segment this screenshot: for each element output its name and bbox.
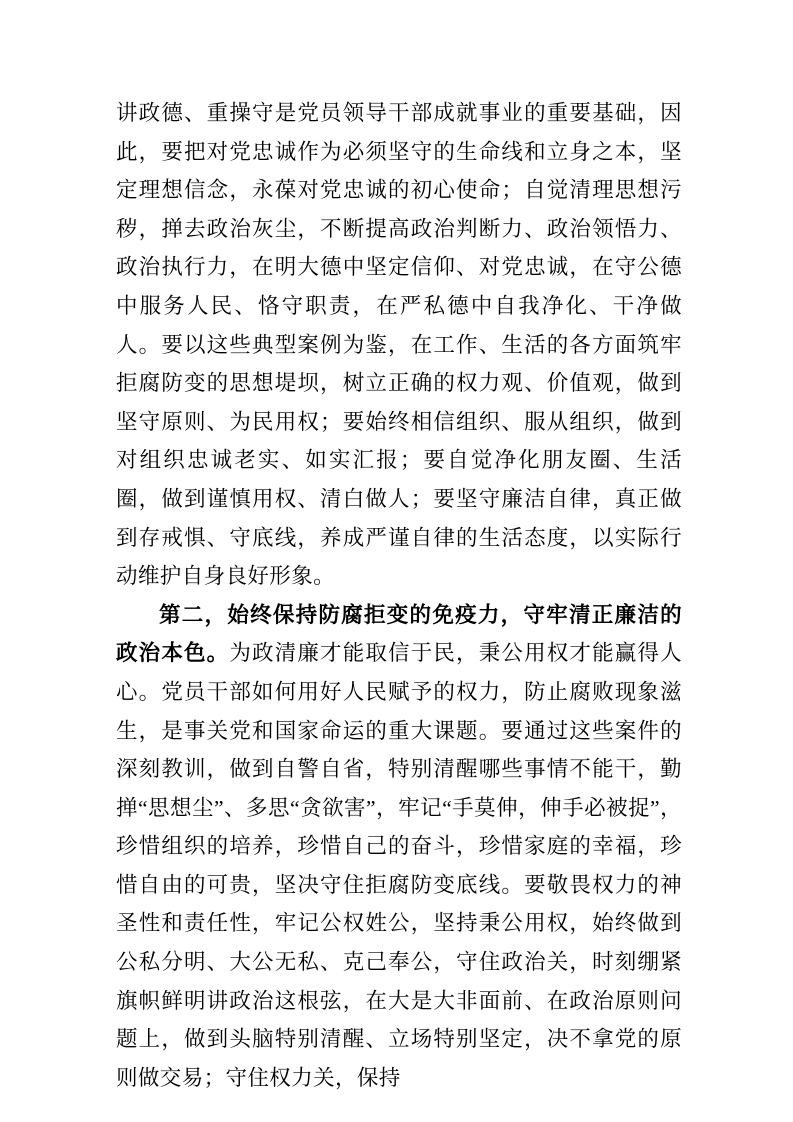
body-text-run: 为政清廉才能取信于民，秉公用权才能赢得人心。党员干部如何用好人民赋予的权力，防止…	[116, 641, 682, 1090]
paragraph-continuation: 讲政德、重操守是党员领导干部成就事业的重要基础，因此，要把对党忠诚作为必须坚守的…	[116, 94, 682, 596]
paragraph-second-point: 第二，始终保持防腐拒变的免疫力，守牢清正廉洁的政治本色。为政清廉才能取信于民，秉…	[116, 596, 682, 1098]
document-page: 讲政德、重操守是党员领导干部成就事业的重要基础，因此，要把对党忠诚作为必须坚守的…	[0, 0, 793, 1122]
body-text-run: 讲政德、重操守是党员领导干部成就事业的重要基础，因此，要把对党忠诚作为必须坚守的…	[116, 101, 682, 588]
document-text-block: 讲政德、重操守是党员领导干部成就事业的重要基础，因此，要把对党忠诚作为必须坚守的…	[116, 94, 682, 1097]
